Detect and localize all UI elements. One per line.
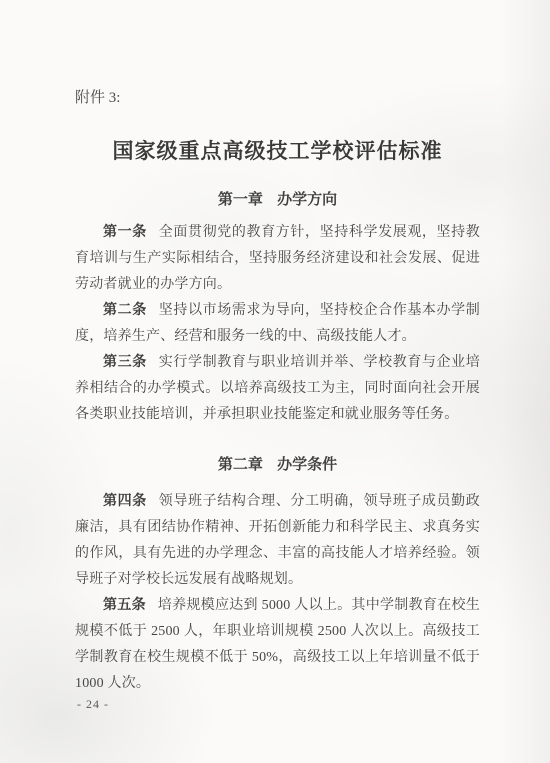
article-5-label: 第五条 <box>103 598 146 613</box>
chapter-2-heading: 第二章办学条件 <box>75 455 480 476</box>
document-content: 附件 3: 国家级重点高级技工学校评估标准 第一章办学方向 第一条全面贯彻党的教… <box>0 0 550 697</box>
chapter-2-title: 办学条件 <box>277 457 337 473</box>
article-2-paragraph: 第二条坚持以市场需求为导向，坚持校企合作基本办学制度，培养生产、经营和服务一线的… <box>75 298 480 350</box>
document-page: 附件 3: 国家级重点高级技工学校评估标准 第一章办学方向 第一条全面贯彻党的教… <box>0 0 550 763</box>
chapter-1-heading: 第一章办学方向 <box>75 190 480 211</box>
article-5-paragraph: 第五条培养规模应达到 5000 人以上。其中学制教育在校生规模不低于 2500 … <box>75 593 480 697</box>
document-title: 国家级重点高级技工学校评估标准 <box>75 137 480 165</box>
page-number: - 24 - <box>77 697 109 712</box>
article-1-label: 第一条 <box>103 225 147 240</box>
article-4-label: 第四条 <box>103 494 147 509</box>
attachment-label: 附件 3: <box>75 88 480 108</box>
chapter-1-number: 第一章 <box>218 192 263 208</box>
article-3-paragraph: 第三条实行学制教育与职业培训并举、学校教育与企业培养相结合的办学模式。以培养高级… <box>75 350 480 428</box>
chapter-1-title: 办学方向 <box>277 192 337 208</box>
article-2-label: 第二条 <box>103 303 147 318</box>
article-1-paragraph: 第一条全面贯彻党的教育方针，坚持科学发展观，坚持教育培训与生产实际相结合，坚持服… <box>75 220 480 298</box>
article-3-label: 第三条 <box>103 355 147 370</box>
article-4-paragraph: 第四条领导班子结构合理、分工明确，领导班子成员勤政廉洁，具有团结协作精神、开拓创… <box>75 489 480 593</box>
chapter-2-number: 第二章 <box>218 457 263 473</box>
